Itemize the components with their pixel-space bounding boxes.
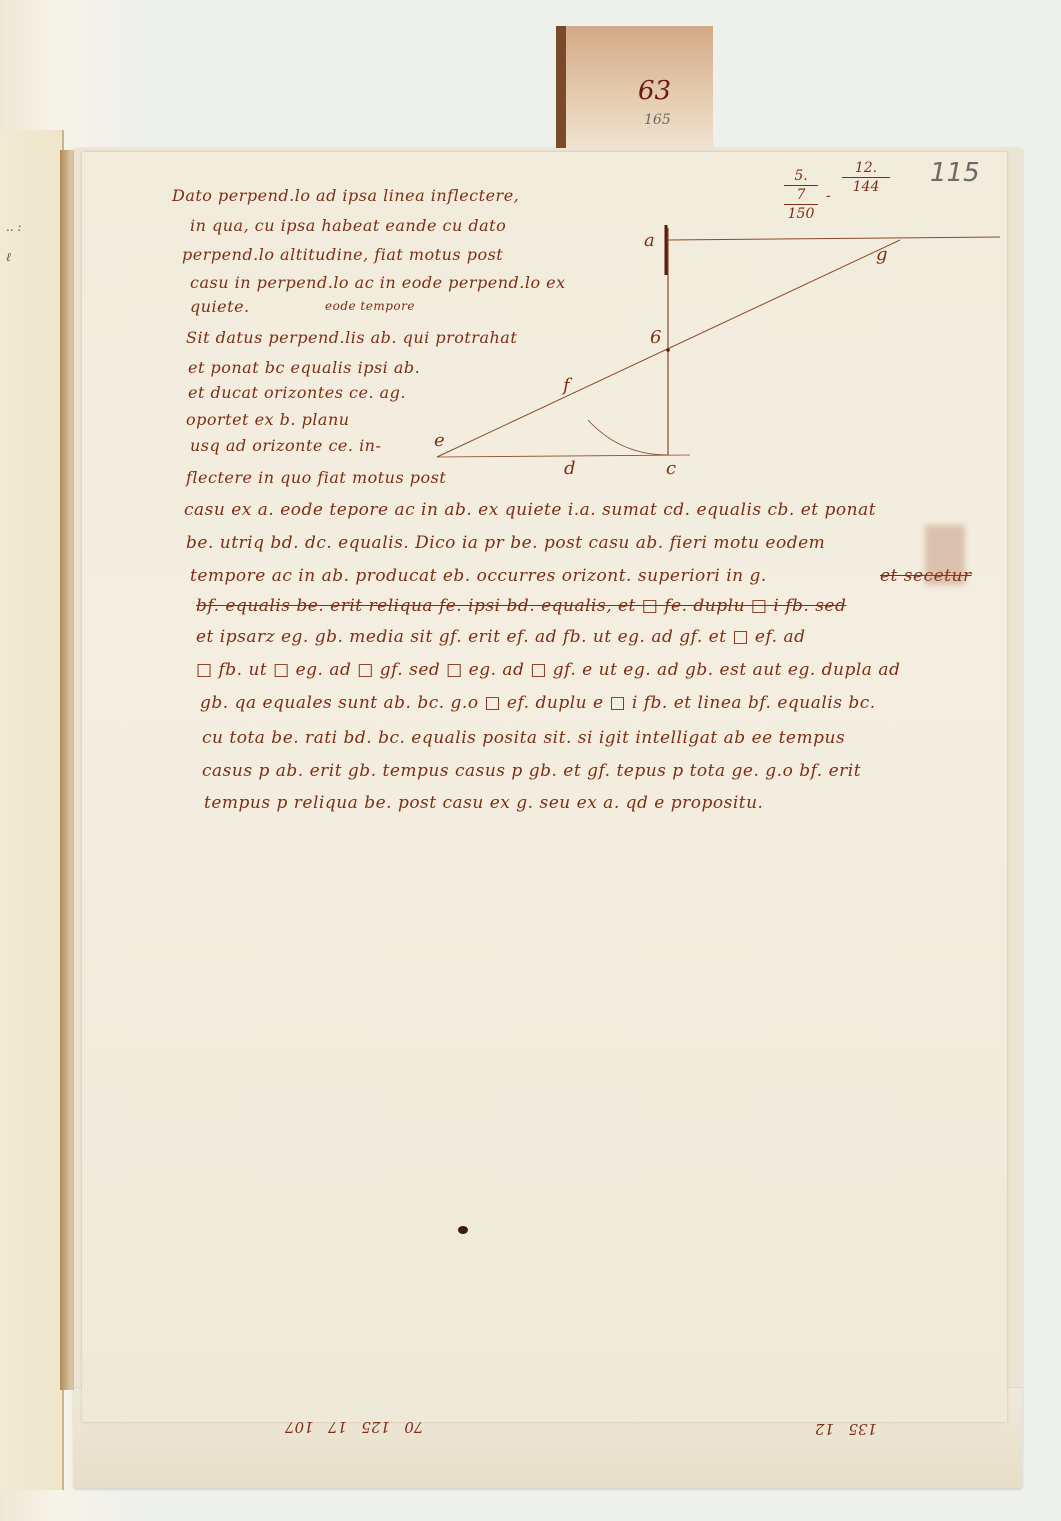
- text-line: in qua, cu ipsa habeat eande cu dato: [190, 216, 506, 235]
- point-label-f: f: [563, 375, 570, 396]
- text-line: gb. qa equales sunt ab. bc. g.o □ ef. du…: [200, 693, 876, 713]
- text-line: casu in perpend.lo ac in eode perpend.lo…: [190, 273, 566, 292]
- inverted-calculation-right: 135 12: [815, 1420, 877, 1438]
- point-label-a: a: [644, 230, 655, 251]
- ink-blot: [458, 1226, 468, 1234]
- text-line: et ponat bc equalis ipsi ab.: [188, 358, 420, 377]
- calc-value: 12: [815, 1420, 834, 1438]
- ink-stain: [925, 525, 965, 585]
- text-line: tempore ac in ab. producat eb. occurres …: [190, 566, 767, 586]
- text-line: usq ad orizonte ce. in-: [190, 436, 381, 455]
- text-line: Dato perpend.lo ad ipsa linea inflectere…: [172, 186, 519, 205]
- text-line: oportet ex b. planu: [186, 410, 350, 429]
- text-line: quiete.: [190, 297, 250, 316]
- point-label-g: g: [876, 244, 888, 265]
- calc-value: 17: [328, 1418, 347, 1436]
- text-line: et ipsarz eg. gb. media sit gf. erit ef.…: [196, 627, 805, 647]
- text-line: casus p ab. erit gb. tempus casus p gb. …: [202, 761, 861, 781]
- calc-value: 70: [404, 1418, 423, 1436]
- calc-value: 135: [848, 1420, 877, 1438]
- text-line: Sit datus perpend.lis ab. qui protrahat: [186, 328, 517, 347]
- text-line: be. utriq bd. dc. equalis. Dico ia pr be…: [186, 533, 825, 553]
- struck-line: bf. equalis be. erit reliqua fe. ipsi bd…: [196, 596, 846, 616]
- text-line: flectere in quo fiat motus post: [186, 468, 446, 487]
- point-label-e: e: [434, 430, 445, 451]
- text-line: casu ex a. eode tepore ac in ab. ex quie…: [184, 500, 876, 520]
- point-label-c: c: [666, 458, 676, 479]
- calc-value: 107: [285, 1418, 314, 1436]
- text-line: cu tota be. rati bd. bc. equalis posita …: [202, 728, 845, 748]
- text-line: tempus p reliqua be. post casu ex g. seu…: [204, 793, 763, 813]
- interlinear-insertion: eode tempore: [325, 299, 415, 313]
- text-line: perpend.lo altitudine, fiat motus post: [182, 245, 503, 264]
- point-label-d: d: [564, 458, 576, 479]
- text-line: □ fb. ut □ eg. ad □ gf. sed □ eg. ad □ g…: [196, 660, 900, 680]
- text-line: et ducat orizontes ce. ag.: [188, 383, 406, 402]
- point-label-b: 6: [650, 327, 661, 348]
- calc-value: 125: [361, 1418, 390, 1436]
- inverted-calculation-left: 70 125 17 107: [285, 1418, 423, 1436]
